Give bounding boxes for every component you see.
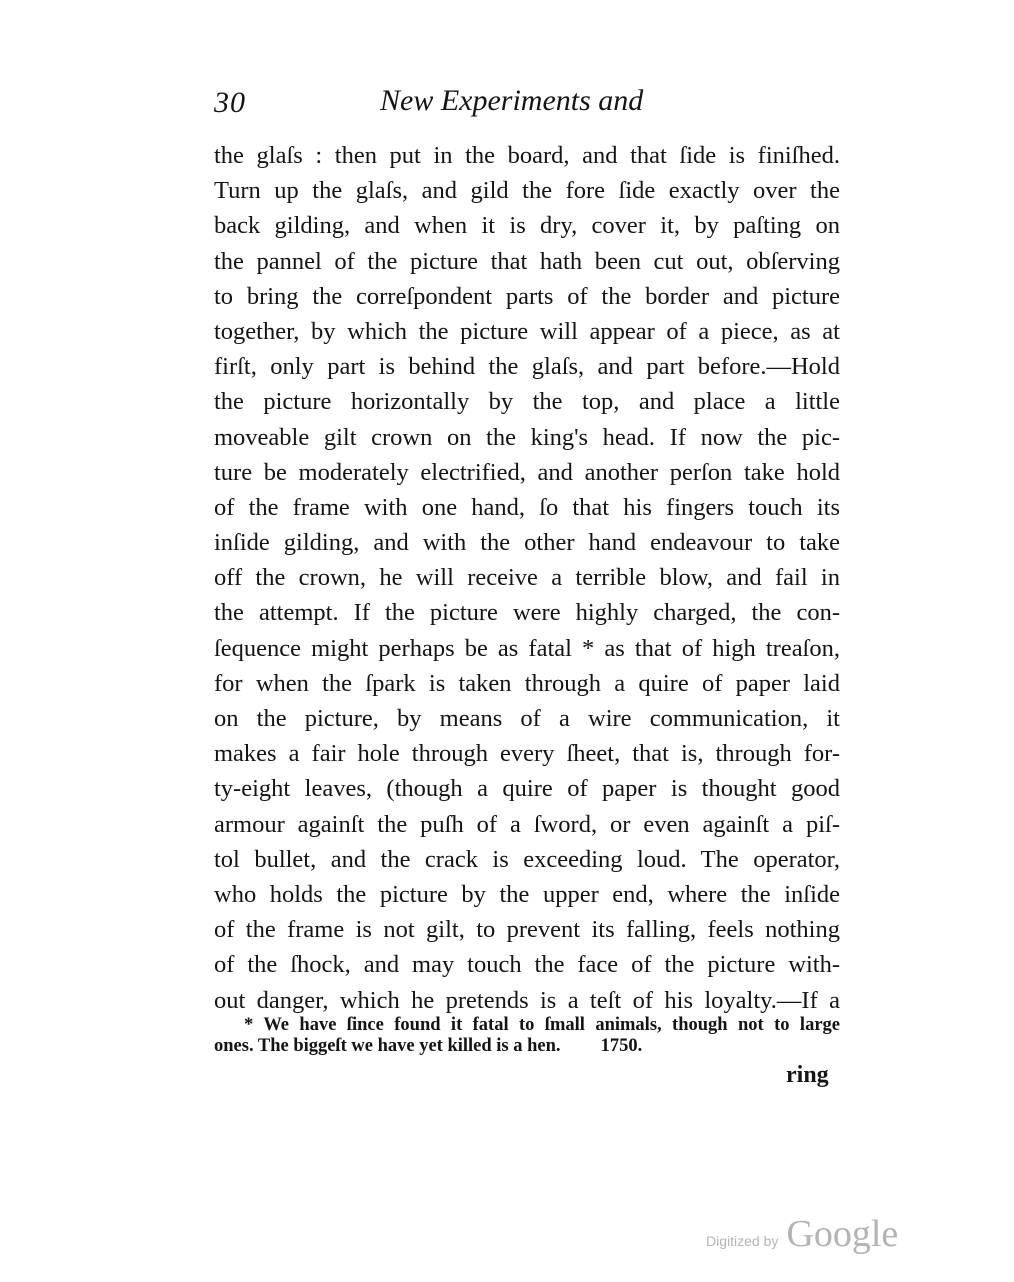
text-line: for when the ſpark is taken through a qu… <box>214 666 840 701</box>
catchword: ring <box>786 1062 829 1089</box>
text-line: ty-eight leaves, (though a quire of pape… <box>214 771 840 806</box>
text-line: together, by which the picture will appe… <box>214 314 840 349</box>
footnote-year: 1750. <box>601 1036 643 1056</box>
text-line: armour againſt the puſh of a ſword, or e… <box>214 807 840 842</box>
text-line: who holds the picture by the upper end, … <box>214 877 840 912</box>
text-line: tol bullet, and the crack is exceeding l… <box>214 842 840 877</box>
text-line: out danger, which he pretends is a teſt … <box>214 983 840 1018</box>
text-line: of the ſhock, and may touch the face of … <box>214 947 840 982</box>
body-text: the glaſs : then put in the board, and t… <box>214 138 840 1018</box>
running-head: 30 New Experiments and <box>214 86 734 126</box>
text-line: off the crown, he will receive a terribl… <box>214 560 840 595</box>
text-line: makes a fair hole through every ſheet, t… <box>214 736 840 771</box>
running-title: New Experiments and <box>380 84 643 118</box>
text-line: the picture horizontally by the top, and… <box>214 384 840 419</box>
footnote: * We have ſince found it fatal to ſmall … <box>214 1015 840 1057</box>
footnote-line: * We have ſince found it fatal to ſmall … <box>214 1015 840 1036</box>
digitized-by-google-watermark: Digitized by Google <box>706 1212 898 1256</box>
text-line: ſequence might perhaps be as fatal * as … <box>214 631 840 666</box>
scanned-book-page: 30 New Experiments and the glaſs : then … <box>0 0 1014 1282</box>
text-line: the glaſs : then put in the board, and t… <box>214 138 840 173</box>
text-line: of the frame is not gilt, to prevent its… <box>214 912 840 947</box>
text-line: inſide gilding, and with the other hand … <box>214 525 840 560</box>
text-line: to bring the correſpondent parts of the … <box>214 279 840 314</box>
google-logo-icon: Google <box>786 1213 898 1255</box>
text-line: firſt, only part is behind the glaſs, an… <box>214 349 840 384</box>
text-line: of the frame with one hand, ſo that his … <box>214 490 840 525</box>
footnote-text: ones. The biggeſt we have yet killed is … <box>214 1036 561 1056</box>
text-line: moveable gilt crown on the king's head. … <box>214 420 840 455</box>
text-line: on the picture, by means of a wire commu… <box>214 701 840 736</box>
text-line: ture be moderately electrified, and anot… <box>214 455 840 490</box>
footnote-line: ones. The biggeſt we have yet killed is … <box>214 1036 840 1057</box>
watermark-prefix: Digitized by <box>706 1233 778 1249</box>
page-number: 30 <box>214 86 246 120</box>
text-line: Turn up the glaſs, and gild the fore ſid… <box>214 173 840 208</box>
text-line: the pannel of the picture that hath been… <box>214 244 840 279</box>
text-line: the attempt. If the picture were highly … <box>214 595 840 630</box>
text-line: back gilding, and when it is dry, cover … <box>214 208 840 243</box>
